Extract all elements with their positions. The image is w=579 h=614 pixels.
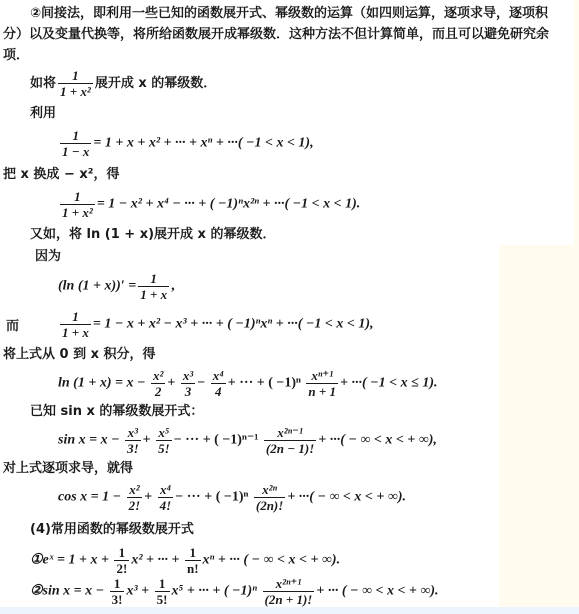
term-fraction: x³3	[181, 368, 195, 399]
example1-suffix: 展开成 x 的幂级数．	[95, 76, 216, 91]
equation-ln-series: ln (1 + x) = x − x²2+ x³3− x⁴4+ ··· + ( …	[58, 368, 438, 399]
term-fraction: x²ⁿ(2n)!	[254, 482, 285, 513]
term-fraction: x²2!	[127, 482, 143, 513]
equation-fraction: 11 + x²	[60, 189, 95, 220]
example1-line: 如将11 + x²展开成 x 的幂级数．	[30, 68, 216, 99]
intro-line-1: ②间接法，即利用一些已知的函数展开式、幂级数的运算（如四则运算，逐项求导，逐项积	[30, 6, 548, 22]
term-fraction: x²ⁿ⁺¹(2n + 1)!	[263, 576, 315, 607]
example1-prefix: 如将	[30, 76, 56, 91]
integrate-text: 将上式从 0 到 x 积分，得	[3, 347, 156, 363]
equation-exp-series: ①eˣ = 1 + x + 12!x² + ··· + 1n!xⁿ + ··· …	[30, 545, 340, 576]
equation-cos-series: cos x = 1 − x²2!+ x⁴4!− ··· + ( −1)ⁿ x²ⁿ…	[58, 482, 406, 513]
term-fraction: 12!	[114, 545, 129, 576]
term-fraction: xⁿ⁺¹n + 1	[306, 368, 338, 399]
equation-substituted-series: 11 + x²= 1 − x² + x⁴ − ··· + ( −1)ⁿx²ⁿ +…	[58, 189, 360, 220]
because-label: 因为	[35, 249, 61, 265]
equation-rhs: = 1 − x² + x⁴ − ··· + ( −1)ⁿx²ⁿ + ···( −…	[97, 197, 360, 212]
term-fraction: 1n!	[185, 545, 201, 576]
side-margin-strip	[574, 0, 579, 245]
equation-rhs: = 1 − x + x² − x³ + ··· + ( −1)ⁿxⁿ + ···…	[93, 317, 374, 332]
intro-line-3: 项．	[3, 48, 29, 64]
example2-intro: 又如，将 ln (1 + x)展开成 x 的幂级数．	[30, 227, 275, 243]
use-label: 利用	[30, 106, 56, 122]
known-sin-text: 已知 sin x 的幂级数展开式：	[30, 404, 203, 420]
term-fraction: x²2	[151, 368, 165, 399]
term-fraction: x⁴4	[211, 368, 226, 399]
term-fraction: x²ⁿ⁻¹(2n − 1)!	[264, 425, 316, 456]
section4-heading: (4)常用函数的幂级数展开式	[30, 522, 194, 538]
equation-alternating-series: 11 + x= 1 − x + x² − x³ + ··· + ( −1)ⁿxⁿ…	[58, 309, 373, 340]
substitute-text: 把 x 换成 − x²，得	[3, 167, 119, 183]
equation-fraction: 11 + x	[60, 309, 91, 340]
equation-fraction: 11 − x	[60, 128, 91, 159]
term-fraction: x⁵5!	[156, 425, 172, 456]
equation-sin-series: sin x = x − x³3!+ x⁵5!− ··· + ( −1)ⁿ⁻¹ x…	[58, 425, 437, 456]
term-fraction: x⁴4!	[158, 482, 174, 513]
equation-sin-standard-series: ②sin x = x − 13!x³ + 15!x⁵ + ··· + ( −1)…	[30, 576, 439, 607]
term-fraction: 13!	[110, 576, 125, 607]
bottom-scroll-strip	[0, 607, 579, 614]
example1-fraction: 11 + x²	[58, 68, 93, 99]
term-fraction: x³3!	[125, 425, 141, 456]
intro-line-2: 分）以及变量代换等，将所给函数展开成幂级数．这种方法不但计算简单，而且可以避免研…	[3, 27, 549, 43]
and-label: 而	[6, 319, 19, 335]
equation-ln-derivative: (ln (1 + x))′ =11 + x,	[58, 271, 175, 302]
side-panel-background	[499, 245, 579, 607]
differentiate-text: 对上式逐项求导，就得	[3, 461, 133, 477]
equation-fraction: 11 + x	[138, 271, 169, 302]
equation-rhs: = 1 + x + x² + ··· + xⁿ + ···( −1 < x < …	[93, 136, 313, 151]
equation-geometric-series: 11 − x= 1 + x + x² + ··· + xⁿ + ···( −1 …	[58, 128, 314, 159]
term-fraction: 15!	[155, 576, 170, 607]
